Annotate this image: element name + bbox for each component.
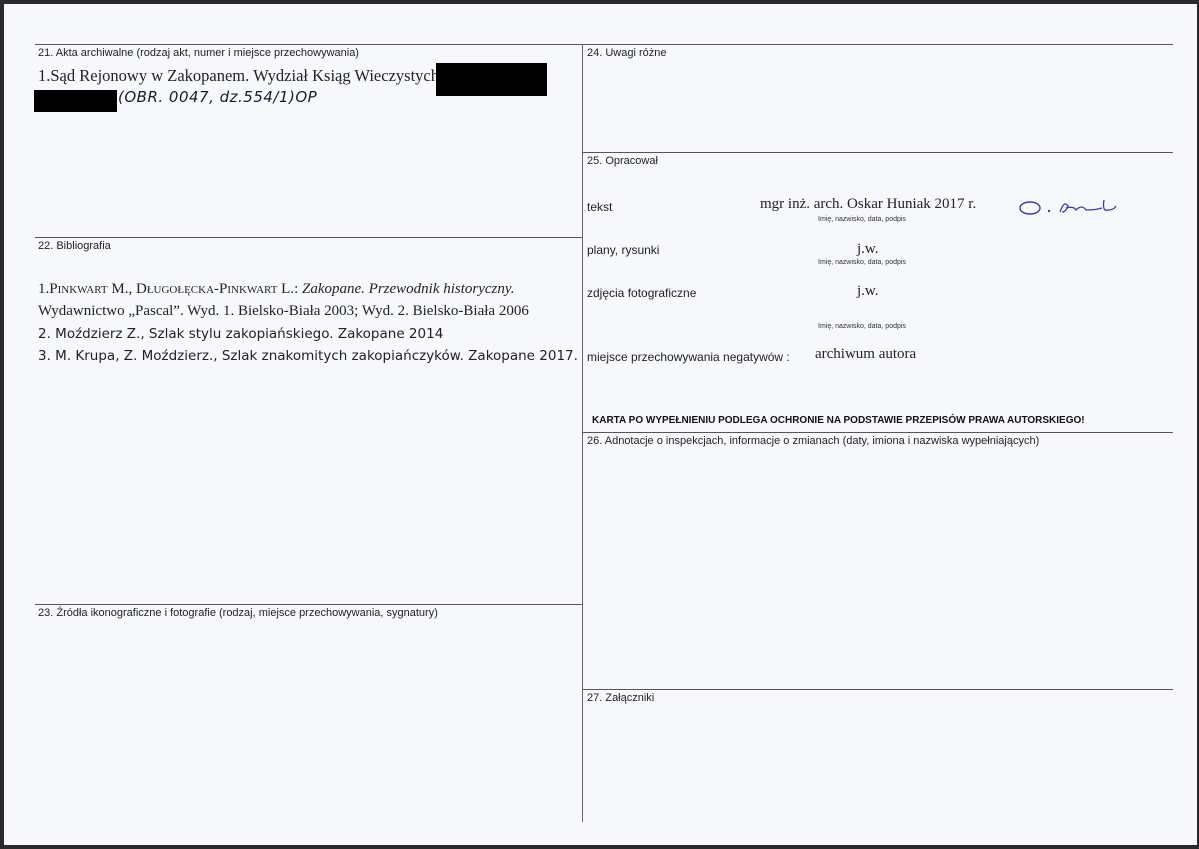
section24-title: 24. Uwagi różne	[587, 47, 667, 59]
row-caption-zdjecia: Imię, nazwisko, data, podpis	[818, 323, 906, 330]
rule-section26	[582, 432, 1173, 433]
top-rule-right	[582, 44, 1173, 45]
section21-entry: 1.Sąd Rejonowy w Zakopanem. Wydział Ksią…	[38, 66, 449, 86]
row-value-negatywy: archiwum autora	[815, 346, 916, 363]
signature-icon	[1016, 194, 1136, 220]
row-caption-plany: Imię, nazwisko, data, podpis	[818, 259, 906, 266]
rule-section25	[582, 152, 1173, 153]
row-label-zdjecia: zdjęcia fotograficzne	[587, 286, 696, 300]
row-value-plany: j.w.	[857, 241, 879, 258]
bibliography-item: 1.Pinkwart M., Długołęcka-Pinkwart L.: Z…	[38, 281, 514, 298]
row-label-tekst: tekst	[587, 200, 612, 214]
rule-section22	[35, 237, 582, 238]
rule-section27	[582, 689, 1173, 690]
copyright-warning: KARTA PO WYPEŁNIENIU PODLEGA OCHRONIE NA…	[592, 415, 1085, 426]
bibliography-item-continuation: Wydawnictwo „Pascal”. Wyd. 1. Bielsko-Bi…	[38, 303, 529, 320]
top-rule-left	[35, 44, 582, 45]
row-value-tekst: mgr inż. arch. Oskar Huniak 2017 r.	[760, 196, 976, 213]
rule-section23	[35, 604, 582, 605]
row-caption-tekst: Imię, nazwisko, data, podpis	[818, 216, 906, 223]
handwritten-annotation: (OBR. 0047, dz.554/1)OP	[118, 88, 317, 106]
redaction-block	[34, 90, 117, 112]
row-label-negatywy: miejsce przechowywania negatywów :	[587, 350, 790, 364]
section27-title: 27. Załączniki	[587, 692, 654, 704]
column-divider	[582, 44, 583, 822]
bibliography-item: 3. M. Krupa, Z. Moździerz., Szlak znakom…	[38, 348, 578, 364]
document-page: 21. Akta archiwalne (rodzaj akt, numer i…	[4, 4, 1197, 845]
section26-title: 26. Adnotacje o inspekcjach, informacje …	[587, 435, 1039, 447]
bib-number: 1.	[38, 281, 49, 297]
row-value-zdjecia: j.w.	[857, 283, 879, 300]
section23-title: 23. Źródła ikonograficzne i fotografie (…	[38, 607, 438, 619]
section21-title: 21. Akta archiwalne (rodzaj akt, numer i…	[38, 47, 359, 59]
bib-authors: Pinkwart M., Długołęcka-Pinkwart L.:	[49, 281, 298, 297]
row-label-plany: plany, rysunki	[587, 243, 659, 257]
section25-title: 25. Opracował	[587, 155, 658, 167]
section22-title: 22. Bibliografia	[38, 240, 111, 252]
bib-title: Zakopane. Przewodnik historyczny.	[302, 281, 514, 297]
bibliography-item: 2. Moździerz Z., Szlak stylu zakopiański…	[38, 326, 443, 342]
redaction-block	[436, 63, 547, 96]
